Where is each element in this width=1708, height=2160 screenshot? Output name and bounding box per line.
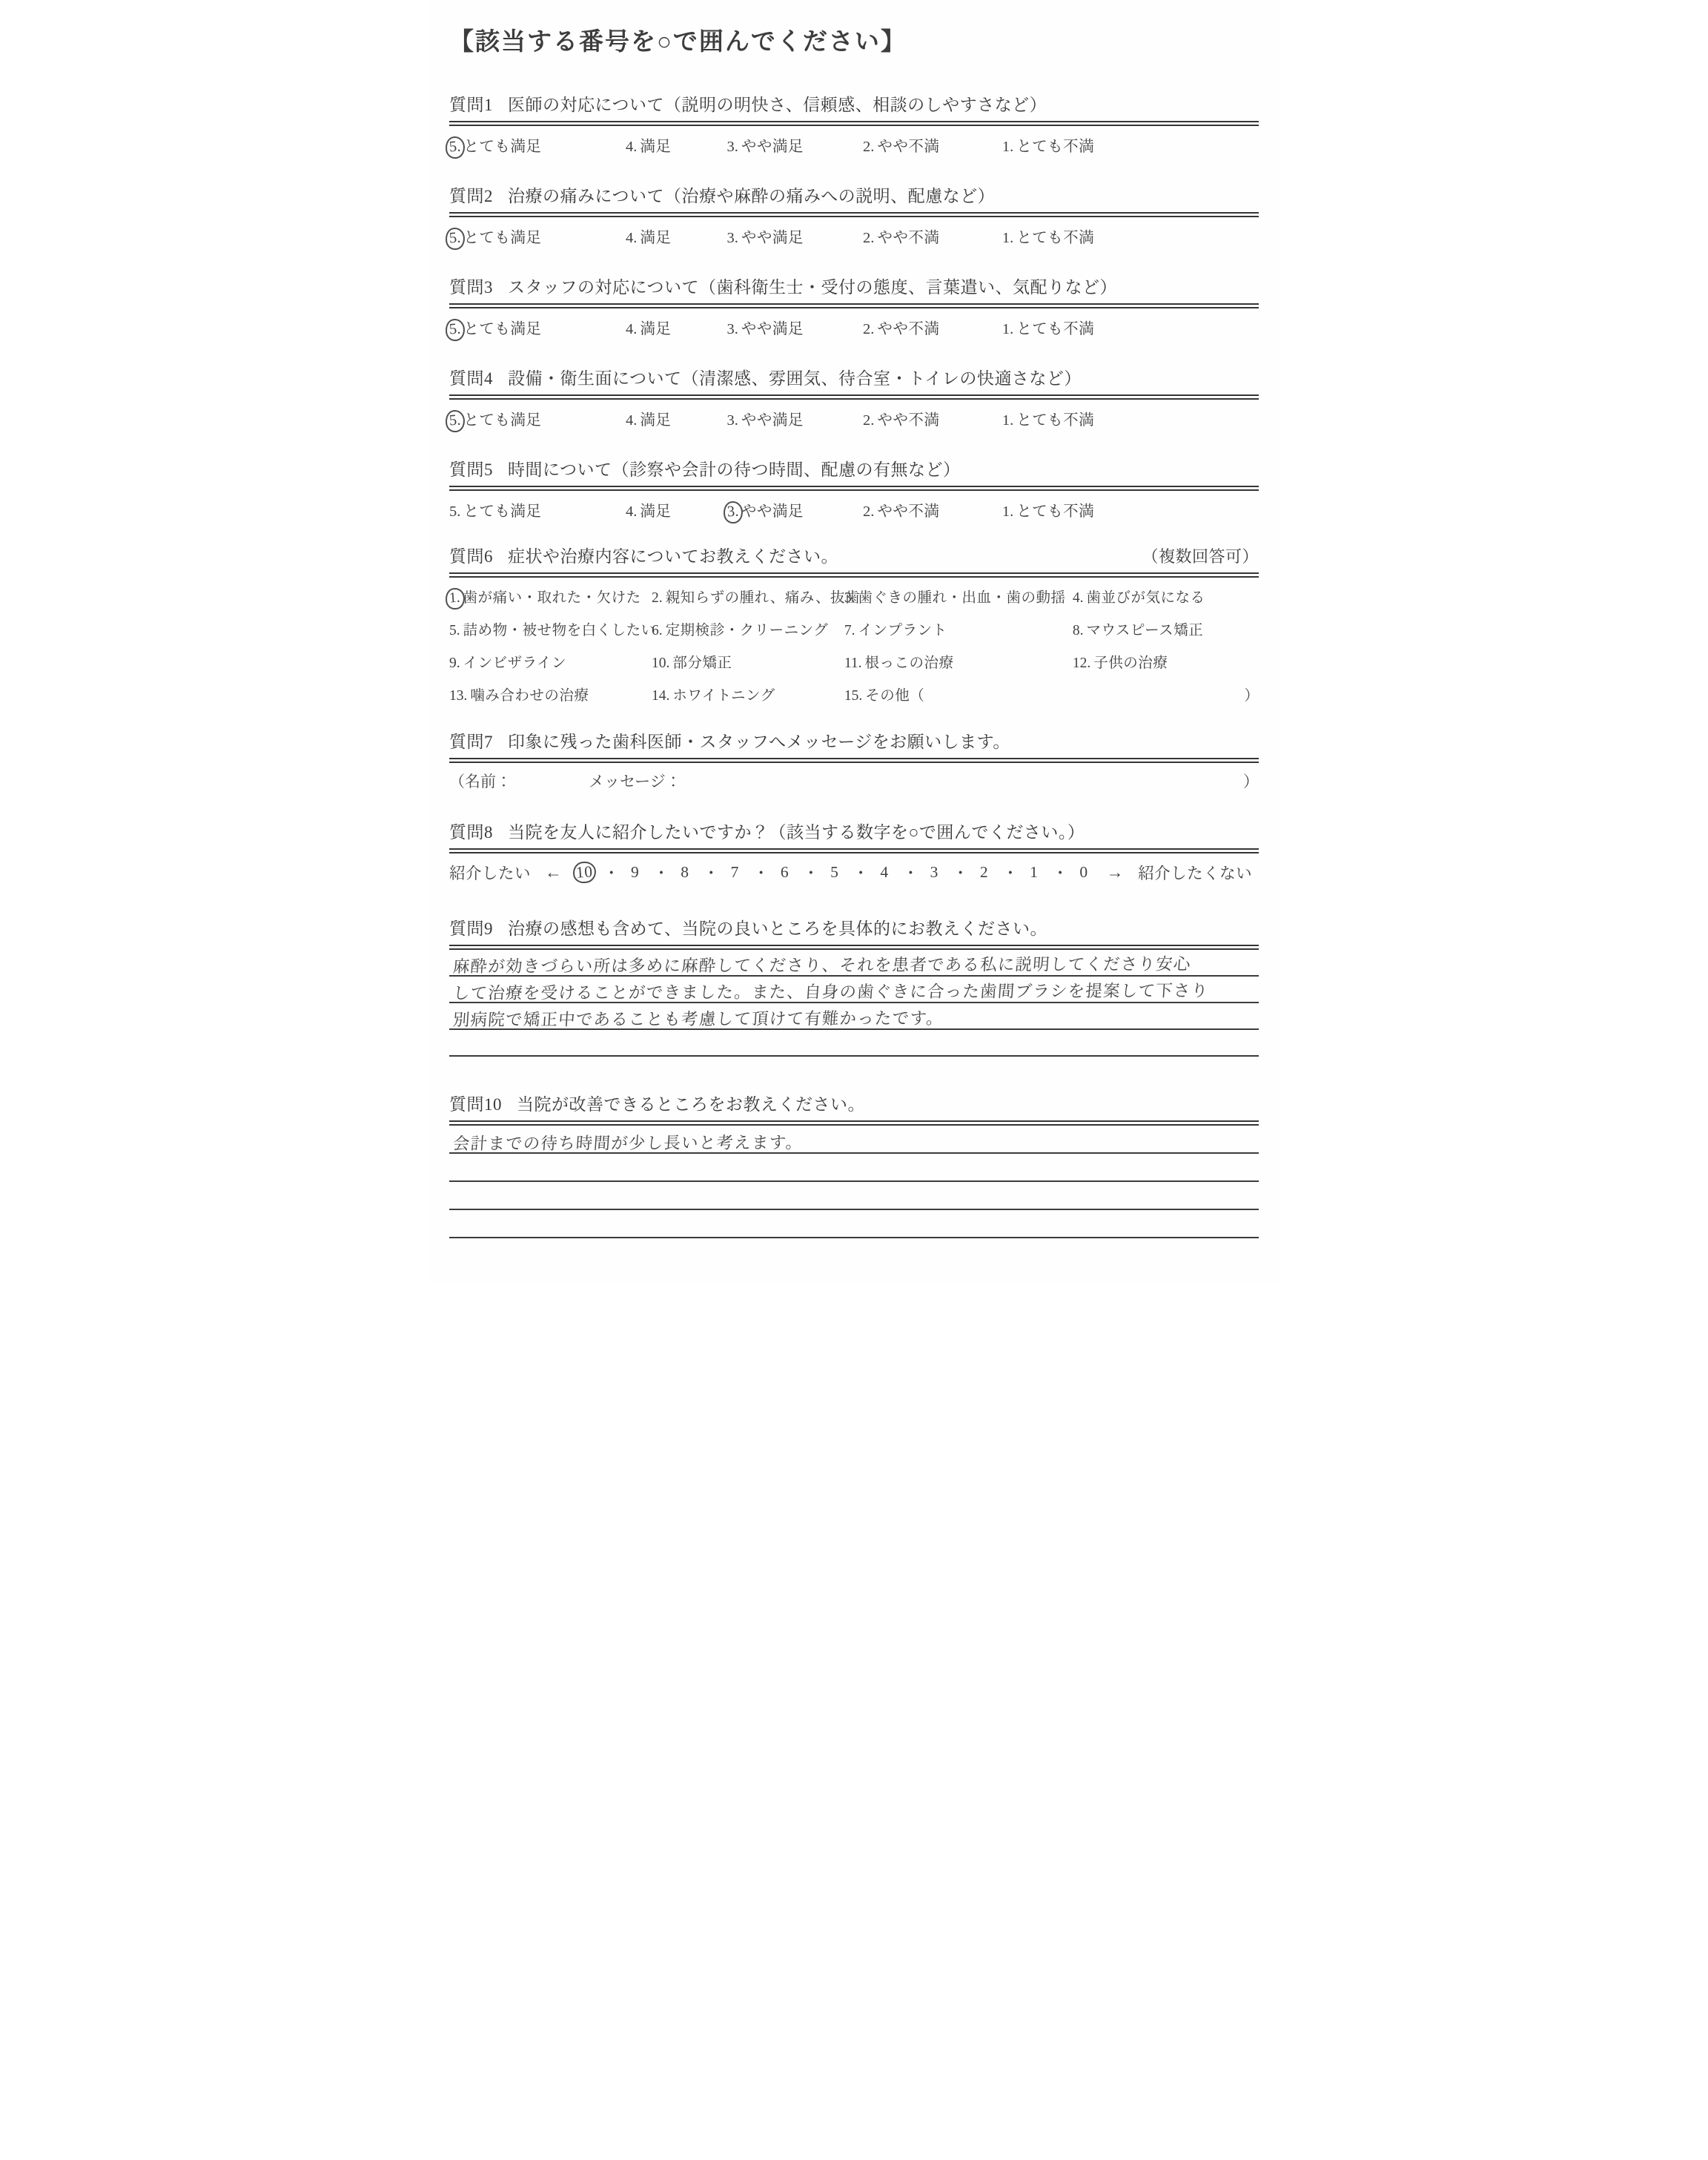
scanned-survey-form: 【該当する番号を○で囲んでください】 質問1 医師の対応について（説明の明快さ、… [427, 0, 1281, 1283]
symptom-option-5: 5.詰め物・被せ物を白くしたい [449, 618, 652, 639]
question-10-heading: 当院が改善できるところをお教えください。 [517, 1091, 865, 1115]
section-divider [449, 945, 1259, 950]
name-field-label: （名前： [449, 770, 512, 792]
option-1-number: 1. [1002, 321, 1013, 338]
question-3-heading: スタッフの対応について（歯科衛生士・受付の態度、言葉遣い、気配りなど） [508, 274, 1117, 298]
nps-10: 10 [572, 861, 596, 884]
option-1: 1.とても不満 [1002, 316, 1259, 338]
question-8-header: 質問8 当院を友人に紹介したいですか？（該当する数字を○で囲んでください。） [449, 819, 1259, 843]
nps-0: 0 [1078, 863, 1089, 882]
option-5-label: とても満足 [463, 503, 541, 520]
option-4-label: 満足 [640, 139, 671, 155]
nps-9: 9 [629, 863, 640, 882]
option-5: 5.とても満足 [449, 407, 626, 429]
symptom-option-12: 12.子供の治療 [1073, 651, 1259, 672]
question-10-number: 質問10 [449, 1091, 502, 1115]
answer-line: して治療を受けることができました。また、自身の歯ぐきに合った歯間ブラシを提案して… [449, 977, 1259, 1003]
option-1: 1.とても不満 [1002, 407, 1259, 429]
dot-separator: ・ [1002, 861, 1019, 884]
section-divider [449, 848, 1259, 853]
symptom-option-2: 2.親知らずの腫れ、痛み、抜歯 [652, 586, 844, 607]
option-1-number: 1. [1002, 412, 1013, 429]
dot-separator: ・ [953, 861, 969, 884]
section-divider [449, 212, 1259, 217]
option-2-number: 2. [863, 412, 874, 429]
symptom-option-15-other: 15.その他（ [844, 684, 1073, 704]
question-10-answer-area: 会計までの待ち時間が少し長いと考えます。 [449, 1126, 1259, 1238]
dot-separator: ・ [1052, 861, 1068, 884]
nps-6: 6 [779, 863, 790, 882]
option-1-label: とても不満 [1016, 503, 1094, 520]
recommend-label: 紹介したい [449, 861, 531, 884]
answer-line: 別病院で矯正中であることも考慮して頂けて有難かったです。 [449, 1003, 1259, 1030]
option-5-label: とても満足 [463, 321, 541, 337]
symptom-option-1: 1.歯が痛い・取れた・欠けた [449, 586, 652, 607]
handwritten-text: して治療を受けることができました。また、自身の歯ぐきに合った歯間ブラシを提案して… [449, 977, 1209, 1004]
symptom-option-10: 10.部分矯正 [652, 651, 844, 672]
option-1-label: とても不満 [1016, 139, 1094, 155]
section-divider [449, 303, 1259, 308]
option-3-number: 3. [727, 230, 738, 247]
question-8-section: 質問8 当院を友人に紹介したいですか？（該当する数字を○で囲んでください。） 紹… [449, 819, 1259, 884]
nps-2: 2 [979, 863, 990, 882]
option-3: 3.やや満足 [727, 225, 863, 247]
option-5-label: とても満足 [463, 139, 541, 155]
option-1-number: 1. [1002, 503, 1013, 521]
option-3-number: 3. [723, 501, 744, 524]
symptom-option-7: 7.インプラント [844, 618, 1073, 639]
not-recommend-label: 紹介したくない [1138, 861, 1252, 884]
option-4: 4.満足 [626, 407, 727, 429]
symptom-option-3: 3.歯ぐきの腫れ・出血・歯の動揺 [844, 586, 1073, 607]
option-2: 2.やや不満 [863, 407, 1002, 429]
option-1: 1.とても不満 [1002, 498, 1259, 521]
question-6-number: 質問6 [449, 543, 493, 567]
message-field-label: メッセージ： [589, 770, 681, 792]
dot-separator: ・ [653, 861, 669, 884]
symptom-option-6: 6.定期検診・クリーニング [652, 618, 844, 639]
option-4: 4.満足 [626, 498, 727, 521]
right-arrow: → [1102, 863, 1129, 882]
option-2: 2.やや不満 [863, 133, 1002, 156]
question-6-section: 質問6 症状や治療内容についてお教えください。 （複数回答可） 1.歯が痛い・取… [449, 543, 1259, 704]
option-4-number: 4. [626, 503, 637, 521]
question-9-number: 質問9 [449, 915, 493, 939]
nps-1: 1 [1028, 863, 1039, 882]
multiple-answers-note: （複数回答可） [1142, 544, 1259, 567]
question-3-header: 質問3 スタッフの対応について（歯科衛生士・受付の態度、言葉遣い、気配りなど） [449, 274, 1259, 298]
option-5-label: とても満足 [463, 230, 541, 246]
question-3-number: 質問3 [449, 274, 493, 298]
question-3-section: 質問3 スタッフの対応について（歯科衛生士・受付の態度、言葉遣い、気配りなど） … [449, 274, 1259, 338]
question-2-header: 質問2 治療の痛みについて（治療や麻酔の痛みへの説明、配慮など） [449, 182, 1259, 207]
option-3: 3.やや満足 [727, 316, 863, 338]
option-2-label: やや不満 [877, 139, 939, 155]
answer-line-empty [449, 1182, 1259, 1210]
option-5: 5.とても満足 [449, 225, 626, 247]
question-5-number: 質問5 [449, 456, 493, 480]
dot-separator: ・ [853, 861, 869, 884]
option-3-label: やや満足 [741, 139, 804, 155]
question-4-section: 質問4 設備・衛生面について（清潔感、雰囲気、待合室・トイレの快適さなど） 5.… [449, 365, 1259, 429]
option-4-number: 4. [626, 139, 637, 156]
question-4-number: 質問4 [449, 365, 493, 389]
answer-line-empty [449, 1210, 1259, 1238]
symptom-option-4: 4.歯並びが気になる [1073, 586, 1259, 607]
option-5-number: 5. [449, 503, 460, 521]
option-5: 5.とても満足 [449, 133, 626, 156]
handwritten-text: 会計までの待ち時間が少し長いと考えます。 [449, 1129, 804, 1155]
answer-line: 会計までの待ち時間が少し長いと考えます。 [449, 1126, 1259, 1154]
nps-8: 8 [679, 863, 690, 882]
dot-separator: ・ [803, 861, 819, 884]
option-2-number: 2. [863, 503, 874, 521]
question-5-options: 5.とても満足 4.満足 3.やや満足 2.やや不満 1.とても不満 [449, 491, 1259, 521]
symptom-option-9: 9.インビザライン [449, 651, 652, 672]
option-1-number: 1. [1002, 139, 1013, 156]
handwritten-text: 麻酔が効きづらい所は多めに麻酔してくださり、それを患者である私に説明してくださり… [449, 951, 1192, 977]
question-8-heading: 当院を友人に紹介したいですか？（該当する数字を○で囲んでください。） [508, 819, 1085, 843]
option-2: 2.やや不満 [863, 498, 1002, 521]
dot-separator: ・ [603, 861, 620, 884]
option-3: 3.やや満足 [727, 407, 863, 429]
section-divider [449, 1120, 1259, 1126]
option-3-number: 3. [727, 139, 738, 156]
option-2-label: やや不満 [877, 321, 939, 337]
nps-5: 5 [829, 863, 840, 882]
question-6-heading: 症状や治療内容についてお教えください。 [508, 543, 838, 567]
option-2-label: やや不満 [877, 412, 939, 429]
question-9-header: 質問9 治療の感想も含めて、当院の良いところを具体的にお教えください。 [449, 915, 1259, 939]
dot-separator: ・ [903, 861, 919, 884]
dot-separator: ・ [753, 861, 769, 884]
dot-separator: ・ [704, 861, 720, 884]
section-divider [449, 572, 1259, 578]
question-9-answer-area: 麻酔が効きづらい所は多めに麻酔してくださり、それを患者である私に説明してくださり… [449, 950, 1259, 1057]
nps-7: 7 [729, 863, 741, 882]
option-4: 4.満足 [626, 225, 727, 247]
option-2-label: やや不満 [877, 503, 939, 520]
option-1-number: 1. [1002, 230, 1013, 247]
form-title: 【該当する番号を○で囲んでください】 [449, 22, 1259, 57]
symptom-option-13: 13.噛み合わせの治療 [449, 684, 652, 704]
option-3-number: 3. [727, 412, 738, 429]
option-3-label: やや満足 [741, 412, 804, 429]
option-3: 3.やや満足 [727, 133, 863, 156]
nps-4: 4 [878, 863, 890, 882]
question-7-heading: 印象に残った歯科医師・スタッフへメッセージをお願いします。 [508, 728, 1010, 753]
section-divider [449, 758, 1259, 763]
option-5: 5.とても満足 [449, 316, 626, 338]
question-1-heading: 医師の対応について（説明の明快さ、信頼感、相談のしやすさなど） [508, 91, 1047, 116]
option-3: 3.やや満足 [727, 498, 863, 521]
option-4-number: 4. [626, 230, 637, 247]
option-4: 4.満足 [626, 316, 727, 338]
question-8-number: 質問8 [449, 819, 493, 843]
section-divider [449, 394, 1259, 400]
option-2: 2.やや不満 [863, 225, 1002, 247]
option-1: 1.とても不満 [1002, 133, 1259, 156]
option-5-label: とても満足 [463, 412, 541, 429]
question-10-header: 質問10 当院が改善できるところをお教えください。 [449, 1091, 1259, 1115]
option-3-number: 3. [727, 321, 738, 338]
answer-line: 麻酔が効きづらい所は多めに麻酔してくださり、それを患者である私に説明してくださり… [449, 950, 1259, 977]
symptom-option-11: 11.根っこの治療 [844, 651, 1073, 672]
question-4-options: 5.とても満足 4.満足 3.やや満足 2.やや不満 1.とても不満 [449, 400, 1259, 429]
symptom-option-8: 8.マウスピース矯正 [1073, 618, 1259, 639]
option-2-label: やや不満 [877, 230, 939, 246]
question-4-header: 質問4 設備・衛生面について（清潔感、雰囲気、待合室・トイレの快適さなど） [449, 365, 1259, 389]
section-divider [449, 486, 1259, 491]
question-5-heading: 時間について（診察や会計の待つ時間、配慮の有無など） [508, 456, 961, 480]
question-1-header: 質問1 医師の対応について（説明の明快さ、信頼感、相談のしやすさなど） [449, 91, 1259, 116]
option-3-label: やや満足 [741, 503, 804, 520]
question-5-header: 質問5 時間について（診察や会計の待つ時間、配慮の有無など） [449, 456, 1259, 480]
question-7-section: 質問7 印象に残った歯科医師・スタッフへメッセージをお願いします。 （名前： メ… [449, 728, 1259, 792]
question-9-heading: 治療の感想も含めて、当院の良いところを具体的にお教えください。 [508, 915, 1047, 939]
answer-line-empty [449, 1030, 1259, 1057]
option-3-label: やや満足 [741, 230, 804, 246]
option-2-number: 2. [863, 321, 874, 338]
question-10-section: 質問10 当院が改善できるところをお教えください。 会計までの待ち時間が少し長い… [449, 1091, 1259, 1238]
section-divider [449, 121, 1259, 126]
question-2-section: 質問2 治療の痛みについて（治療や麻酔の痛みへの説明、配慮など） 5.とても満足… [449, 182, 1259, 247]
question-9-section: 質問9 治療の感想も含めて、当院の良いところを具体的にお教えください。 麻酔が効… [449, 915, 1259, 1057]
question-1-section: 質問1 医師の対応について（説明の明快さ、信頼感、相談のしやすさなど） 5.とて… [449, 91, 1259, 156]
other-close-paren: ） [1244, 684, 1259, 704]
answer-line-empty [449, 1154, 1259, 1182]
option-4-label: 満足 [640, 321, 671, 337]
left-arrow: ← [540, 863, 567, 882]
symptom-option-14: 14.ホワイトニング [652, 684, 844, 704]
option-4-number: 4. [626, 321, 637, 338]
question-7-answer-row: （名前： メッセージ： ） [449, 763, 1259, 792]
question-5-section: 質問5 時間について（診察や会計の待つ時間、配慮の有無など） 5.とても満足 4… [449, 456, 1259, 521]
option-3-label: やや満足 [741, 321, 804, 337]
option-2-number: 2. [863, 230, 874, 247]
question-6-options: 1.歯が痛い・取れた・欠けた 2.親知らずの腫れ、痛み、抜歯 3.歯ぐきの腫れ・… [449, 578, 1259, 704]
option-4-label: 満足 [640, 412, 671, 429]
question-2-options: 5.とても満足 4.満足 3.やや満足 2.やや不満 1.とても不満 [449, 217, 1259, 247]
question-2-heading: 治療の痛みについて（治療や麻酔の痛みへの説明、配慮など） [508, 182, 995, 207]
close-paren: ） [1243, 770, 1259, 792]
question-1-number: 質問1 [449, 91, 493, 116]
question-1-options: 5.とても満足 4.満足 3.やや満足 2.やや不満 1.とても不満 [449, 126, 1259, 156]
option-4-label: 満足 [640, 230, 671, 246]
option-4-label: 満足 [640, 503, 671, 520]
option-5: 5.とても満足 [449, 498, 626, 521]
nps-scale-row: 紹介したい ← 10 ・ 9 ・ 8 ・ 7 ・ 6 ・ 5 ・ 4 ・ 3 ・… [449, 853, 1259, 884]
question-7-header: 質問7 印象に残った歯科医師・スタッフへメッセージをお願いします。 [449, 728, 1259, 753]
option-1: 1.とても不満 [1002, 225, 1259, 247]
question-7-number: 質問7 [449, 728, 493, 753]
option-1-label: とても不満 [1016, 412, 1094, 429]
question-3-options: 5.とても満足 4.満足 3.やや満足 2.やや不満 1.とても不満 [449, 308, 1259, 338]
option-4: 4.満足 [626, 133, 727, 156]
question-2-number: 質問2 [449, 182, 493, 207]
option-4-number: 4. [626, 412, 637, 429]
option-1-label: とても不満 [1016, 230, 1094, 246]
option-2-number: 2. [863, 139, 874, 156]
option-2: 2.やや不満 [863, 316, 1002, 338]
nps-3: 3 [929, 863, 940, 882]
question-6-header: 質問6 症状や治療内容についてお教えください。 （複数回答可） [449, 543, 1259, 567]
handwritten-text: 別病院で矯正中であることも考慮して頂けて有難かったです。 [449, 1005, 944, 1031]
question-4-heading: 設備・衛生面について（清潔感、雰囲気、待合室・トイレの快適さなど） [508, 365, 1082, 389]
option-1-label: とても不満 [1016, 321, 1094, 337]
